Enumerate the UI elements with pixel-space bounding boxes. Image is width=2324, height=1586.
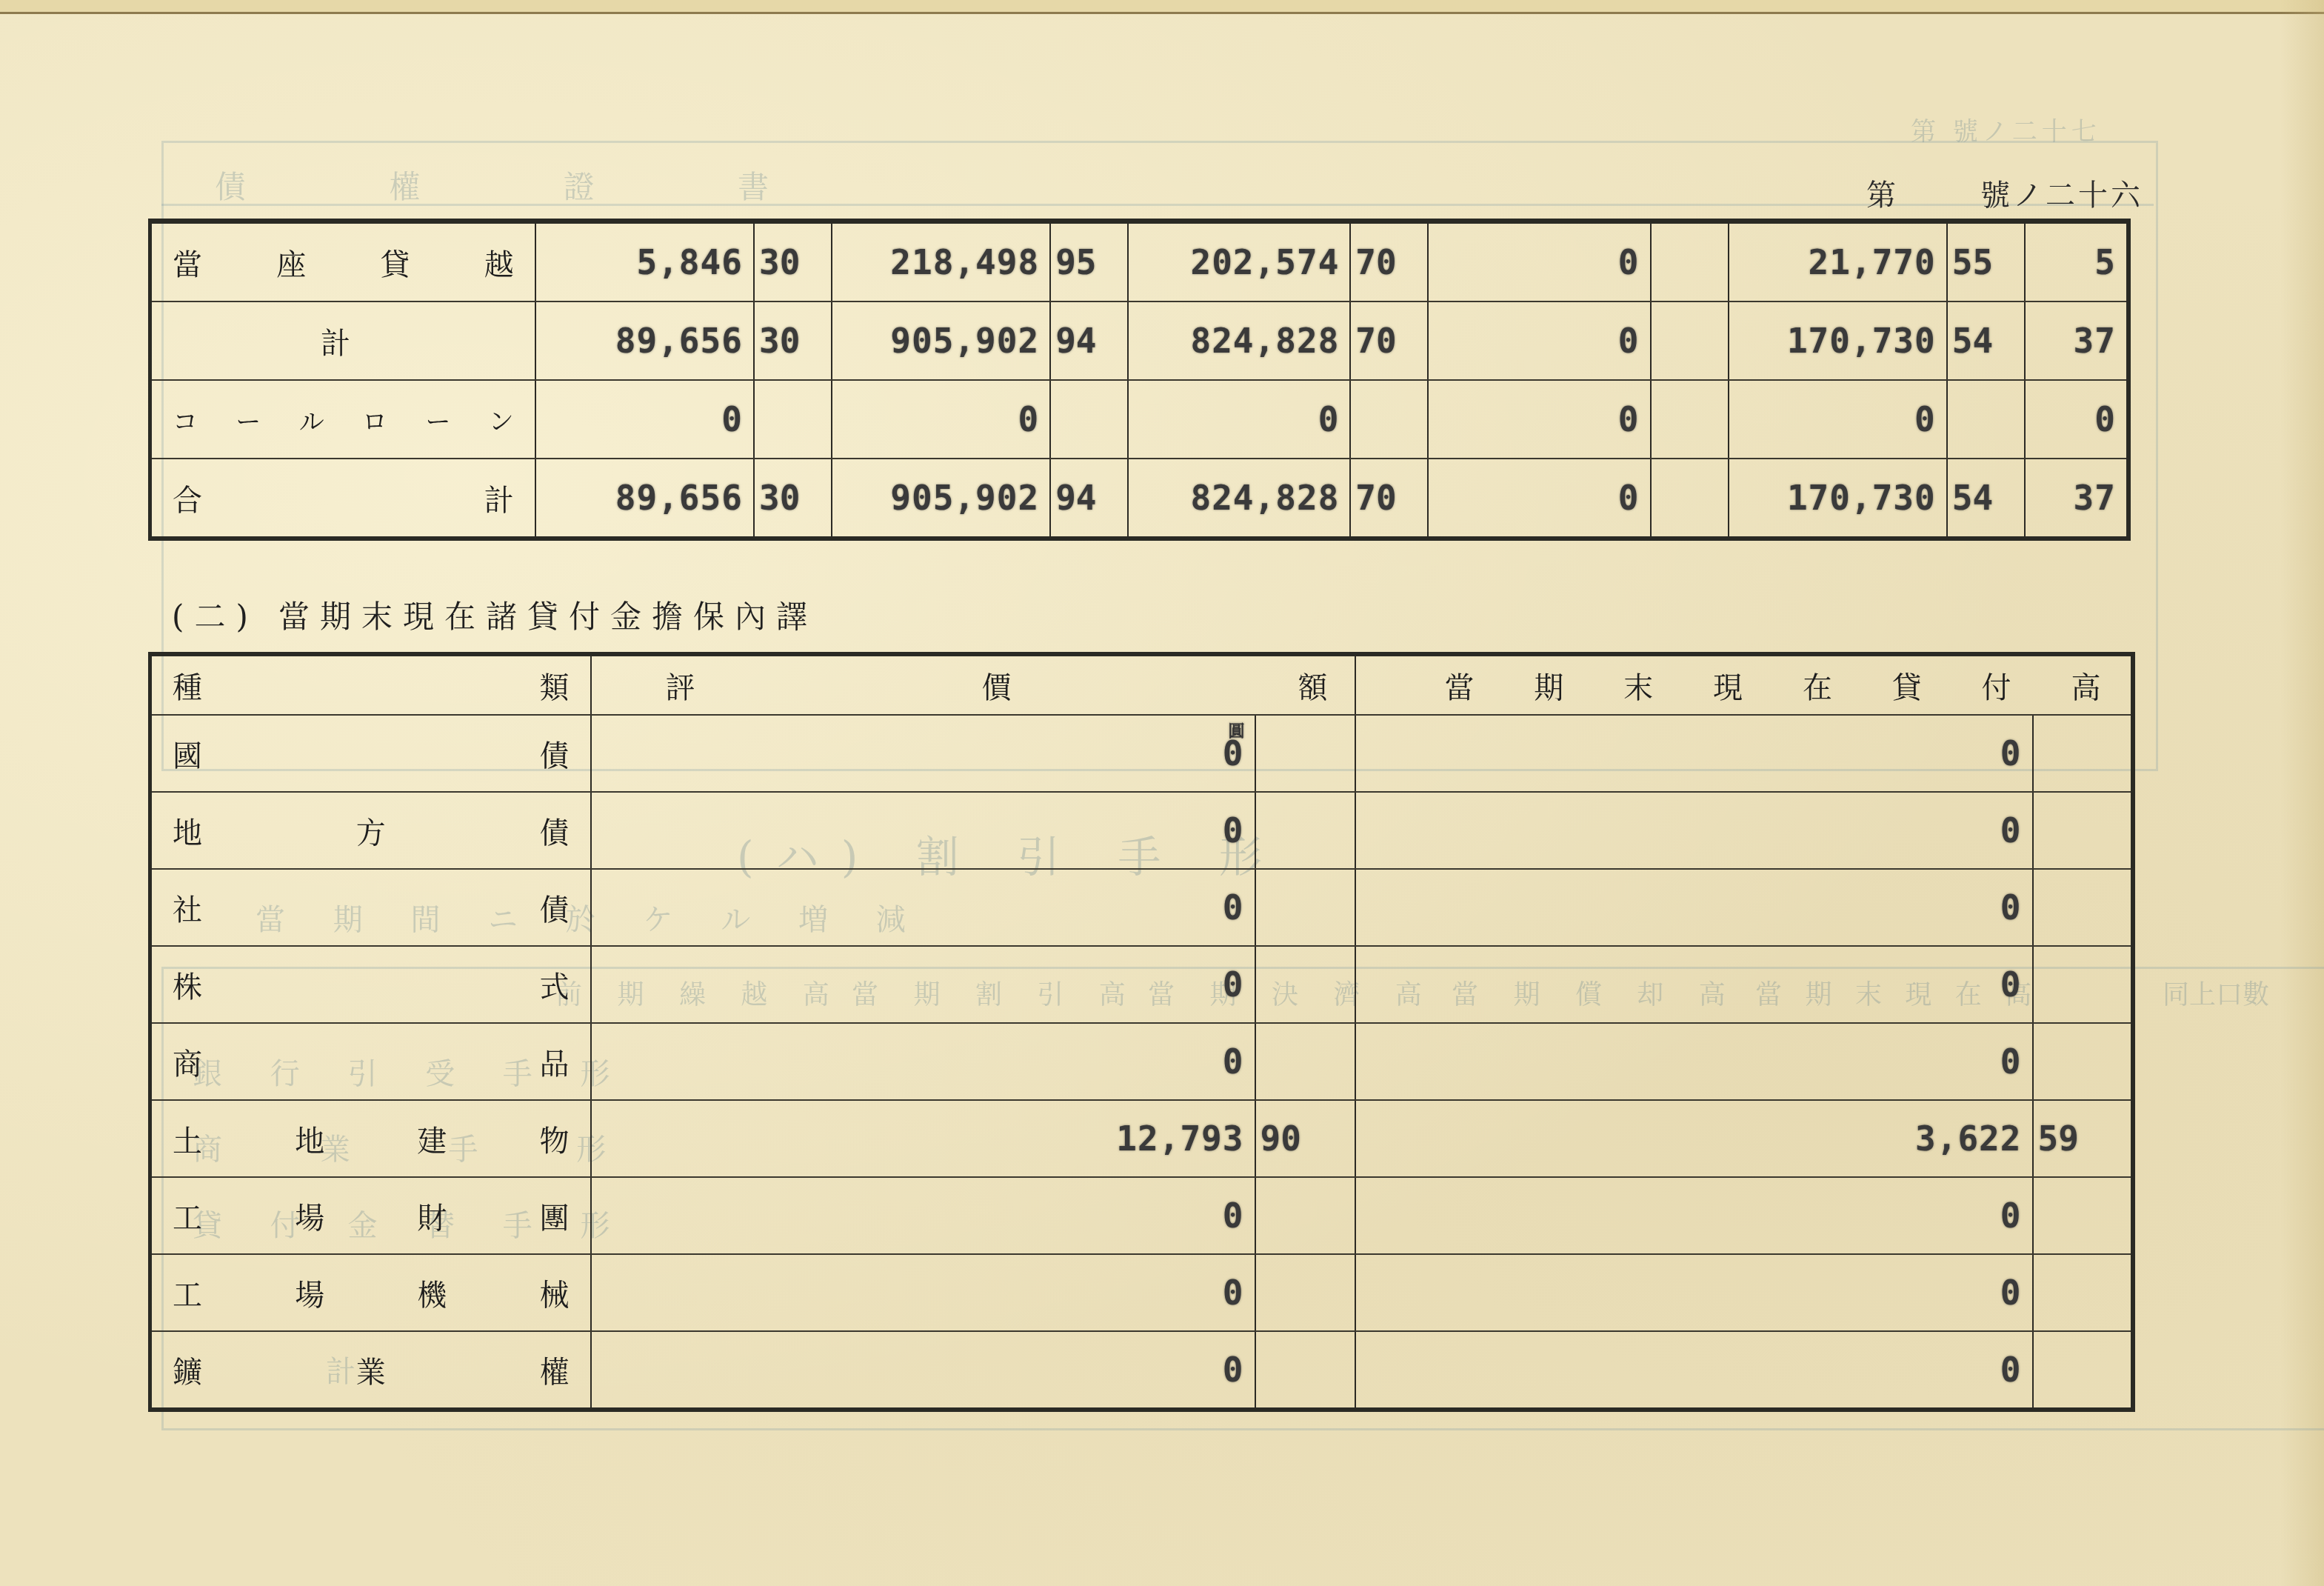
table-row: 工 場 機 械 0 0 <box>150 1254 2133 1331</box>
cell-col6: 37 <box>2025 301 2128 380</box>
cell-valuation: 0 <box>591 1331 1255 1410</box>
cell-valuation-sen <box>1255 946 1355 1023</box>
header-char: 價 <box>982 664 1012 707</box>
header-char: 額 <box>1298 664 1328 707</box>
label-char: 式 <box>540 964 570 1006</box>
cell-valuation-sen <box>1255 869 1355 946</box>
label-char: 地 <box>173 810 202 852</box>
cell-col4-sen <box>1651 221 1729 302</box>
cell-valuation: 0 <box>591 869 1255 946</box>
cell-col5-sen: 54 <box>1947 301 2025 380</box>
ghost-col-head-6: 同上口數 <box>2163 974 2269 1012</box>
row-label: 合 計 <box>150 459 535 539</box>
header-char: 高 <box>2071 664 2100 707</box>
cell-col3-sen <box>1350 380 1428 459</box>
cell-valuation-sen <box>1255 715 1355 792</box>
cell-col3: 824,828 <box>1128 459 1350 539</box>
label-char: ン <box>489 402 514 438</box>
cell-col1: 89,656 <box>535 459 754 539</box>
cell-valuation: 圓0 <box>591 715 1255 792</box>
header-char: 在 <box>1803 664 1832 707</box>
label-char: 場 <box>295 1272 324 1314</box>
cell-current-sen <box>2033 792 2133 869</box>
cell-valuation: 0 <box>591 1023 1255 1100</box>
label-char: 方 <box>356 810 386 852</box>
cell-col5: 21,770 <box>1729 221 1947 302</box>
label-char: コ <box>173 402 198 438</box>
label-char: 品 <box>540 1041 570 1083</box>
cell-col2-sen: 95 <box>1050 221 1128 302</box>
cell-col4: 0 <box>1428 380 1650 459</box>
cell-col5-sen: 54 <box>1947 459 2025 539</box>
cell-col3-sen: 70 <box>1350 459 1428 539</box>
cell-valuation: 0 <box>591 946 1255 1023</box>
cell-col5: 0 <box>1729 380 1947 459</box>
label-char: 越 <box>484 241 514 284</box>
page-top-edge <box>0 0 2324 14</box>
cell-col3-sen: 70 <box>1350 301 1428 380</box>
label-char: ル <box>299 402 324 438</box>
table-row: 國 債 圓0 0 <box>150 715 2133 792</box>
cell-valuation: 0 <box>591 1254 1255 1331</box>
label-char: ー <box>236 402 261 438</box>
cell-col2-sen: 94 <box>1050 459 1128 539</box>
section-title: (二) 當期末現在諸貸付金擔保內譯 <box>172 593 818 637</box>
header-char: 種 <box>173 664 202 707</box>
cell-col2: 0 <box>832 380 1050 459</box>
cell-current: 0 <box>1355 1177 2033 1254</box>
cell-current: 0 <box>1355 946 2033 1023</box>
row-label: 商 品 <box>150 1023 591 1100</box>
table-row: 地 方 債 0 0 <box>150 792 2133 869</box>
loans-table: 當 座 貸 越 5,846 30 218,498 95 202,574 70 0… <box>148 219 2131 541</box>
cell-current-sen <box>2033 946 2133 1023</box>
cell-current-sen <box>2033 1023 2133 1100</box>
cell-col5: 170,730 <box>1729 301 1947 380</box>
cell-col3: 202,574 <box>1128 221 1350 302</box>
cell-current: 0 <box>1355 792 2033 869</box>
header-char: 當 <box>1445 664 1475 707</box>
label-char: 合 <box>173 477 202 519</box>
cell-valuation-sen <box>1255 1254 1355 1331</box>
header-char: 類 <box>540 664 570 707</box>
cell-valuation-sen <box>1255 792 1355 869</box>
cell-valuation: 12,793 <box>591 1100 1255 1177</box>
cell-col2-sen <box>1050 380 1128 459</box>
label-char: 座 <box>276 241 306 284</box>
label-char: 建 <box>417 1118 447 1160</box>
table-row: 土 地 建 物 12,793 90 3,622 59 <box>150 1100 2133 1177</box>
row-label: 土 地 建 物 <box>150 1100 591 1177</box>
header-char: 貸 <box>1892 664 1922 707</box>
header-current-balance: 當 期 末 現 在 貸 付 高 <box>1355 654 2133 715</box>
label-char: 物 <box>539 1118 569 1160</box>
label-char: 地 <box>295 1118 324 1160</box>
table-row: 合 計 89,656 30 905,902 94 824,828 70 0 17… <box>150 459 2129 539</box>
row-label: 株 式 <box>150 946 591 1023</box>
table-row: 計 89,656 30 905,902 94 824,828 70 0 170,… <box>150 301 2129 380</box>
collateral-table: 種 類 評 價 額 當 期 末 現 在 貸 付 高 <box>148 652 2135 1412</box>
cell-col6: 0 <box>2025 380 2128 459</box>
cell-current-sen <box>2033 715 2133 792</box>
label-char: 械 <box>539 1272 569 1314</box>
label-char: 計 <box>321 327 350 361</box>
table-row: 株 式 0 0 <box>150 946 2133 1023</box>
table-header-row: 種 類 評 價 額 當 期 末 現 在 貸 付 高 <box>150 654 2133 715</box>
label-char: 土 <box>173 1118 202 1160</box>
header-char: 期 <box>1534 664 1563 707</box>
label-char: 債 <box>540 733 570 775</box>
cell-current: 0 <box>1355 1023 2033 1100</box>
cell-valuation: 0 <box>591 1177 1255 1254</box>
label-char: 財 <box>417 1195 447 1237</box>
cell-col5-sen <box>1947 380 2025 459</box>
cell-current-sen: 59 <box>2033 1100 2133 1177</box>
label-char: 權 <box>540 1349 570 1391</box>
header-char: 現 <box>1713 664 1743 707</box>
cell-col4-sen <box>1651 301 1729 380</box>
cell-current: 0 <box>1355 869 2033 946</box>
cell-current-sen <box>2033 869 2133 946</box>
label-char: 商 <box>173 1041 202 1083</box>
page-number-prefix: 第 <box>1866 179 1899 213</box>
cell-col1-sen: 30 <box>754 459 832 539</box>
table-row: 鑛 業 權 0 0 <box>150 1331 2133 1410</box>
row-label: 國 債 <box>150 715 591 792</box>
cell-col1: 89,656 <box>535 301 754 380</box>
ghost-header-left: 債 權 證 書 <box>215 163 835 207</box>
cell-col1-sen: 30 <box>754 221 832 302</box>
cell-col4: 0 <box>1428 221 1650 302</box>
row-label: 社 債 <box>150 869 591 946</box>
cell-col2-sen: 94 <box>1050 301 1128 380</box>
row-label: コ ー ル ロ ー ン <box>150 380 535 459</box>
cell-col4: 0 <box>1428 301 1650 380</box>
cell-col1-sen: 30 <box>754 301 832 380</box>
cell-col2: 905,902 <box>832 301 1050 380</box>
table-row: 工 場 財 團 0 0 <box>150 1177 2133 1254</box>
header-char: 評 <box>666 664 695 707</box>
label-char: 機 <box>417 1272 447 1314</box>
label-char: 債 <box>540 810 570 852</box>
cell-col4: 0 <box>1428 459 1650 539</box>
cell-col5: 170,730 <box>1729 459 1947 539</box>
label-char: 場 <box>295 1195 324 1237</box>
page-number: 第號ノ二十六 <box>1866 172 2143 214</box>
cell-current-sen <box>2033 1254 2133 1331</box>
label-char: 鑛 <box>173 1349 202 1391</box>
row-label: 計 <box>150 301 535 380</box>
header-type: 種 類 <box>150 654 591 715</box>
cell-col4-sen <box>1651 380 1729 459</box>
label-char: 貸 <box>381 241 410 284</box>
label-char: 社 <box>173 887 202 929</box>
cell-current-sen <box>2033 1177 2133 1254</box>
label-char: 計 <box>484 477 514 519</box>
ghost-page-number: 第 號ノ二十七 <box>1911 111 2101 147</box>
cell-col6: 5 <box>2025 221 2128 302</box>
cell-current: 0 <box>1355 715 2033 792</box>
cell-col2: 905,902 <box>832 459 1050 539</box>
table-row: 當 座 貸 越 5,846 30 218,498 95 202,574 70 0… <box>150 221 2129 302</box>
label-char: 株 <box>173 964 202 1006</box>
cell-current-sen <box>2033 1331 2133 1410</box>
page-number-suffix: 號ノ二十六 <box>1980 179 2143 213</box>
cell-valuation-sen <box>1255 1023 1355 1100</box>
row-label: 地 方 債 <box>150 792 591 869</box>
row-label: 工 場 機 械 <box>150 1254 591 1331</box>
label-char: 國 <box>173 733 202 775</box>
label-char: 團 <box>539 1195 569 1237</box>
label-char: 業 <box>356 1349 386 1391</box>
cell-col6: 37 <box>2025 459 2128 539</box>
table-row: コ ー ル ロ ー ン 0 0 0 0 0 0 <box>150 380 2129 459</box>
cell-col3: 0 <box>1128 380 1350 459</box>
row-label: 鑛 業 權 <box>150 1331 591 1410</box>
cell-col5-sen: 55 <box>1947 221 2025 302</box>
label-char: 工 <box>173 1195 202 1237</box>
cell-col2: 218,498 <box>832 221 1050 302</box>
cell-current: 0 <box>1355 1331 2033 1410</box>
cell-col3: 824,828 <box>1128 301 1350 380</box>
cell-col3-sen: 70 <box>1350 221 1428 302</box>
cell-valuation: 0 <box>591 792 1255 869</box>
cell-current: 0 <box>1355 1254 2033 1331</box>
cell-current: 3,622 <box>1355 1100 2033 1177</box>
label-char: 當 <box>173 241 202 284</box>
cell-col4-sen <box>1651 459 1729 539</box>
cell-col1: 5,846 <box>535 221 754 302</box>
table-row: 商 品 0 0 <box>150 1023 2133 1100</box>
header-valuation: 評 價 額 <box>591 654 1355 715</box>
row-label: 工 場 財 團 <box>150 1177 591 1254</box>
label-char: 工 <box>173 1272 202 1314</box>
table-row: 社 債 0 0 <box>150 869 2133 946</box>
row-label: 當 座 貸 越 <box>150 221 535 302</box>
label-char: ロ <box>362 402 387 438</box>
cell-col1: 0 <box>535 380 754 459</box>
cell-valuation-sen <box>1255 1331 1355 1410</box>
cell-valuation-sen: 90 <box>1255 1100 1355 1177</box>
label-char: ー <box>425 402 450 438</box>
yen-unit: 圓 <box>1228 719 1245 742</box>
cell-col1-sen <box>754 380 832 459</box>
header-char: 末 <box>1623 664 1653 707</box>
header-char: 付 <box>1982 664 2011 707</box>
cell-valuation-sen <box>1255 1177 1355 1254</box>
label-char: 債 <box>540 887 570 929</box>
